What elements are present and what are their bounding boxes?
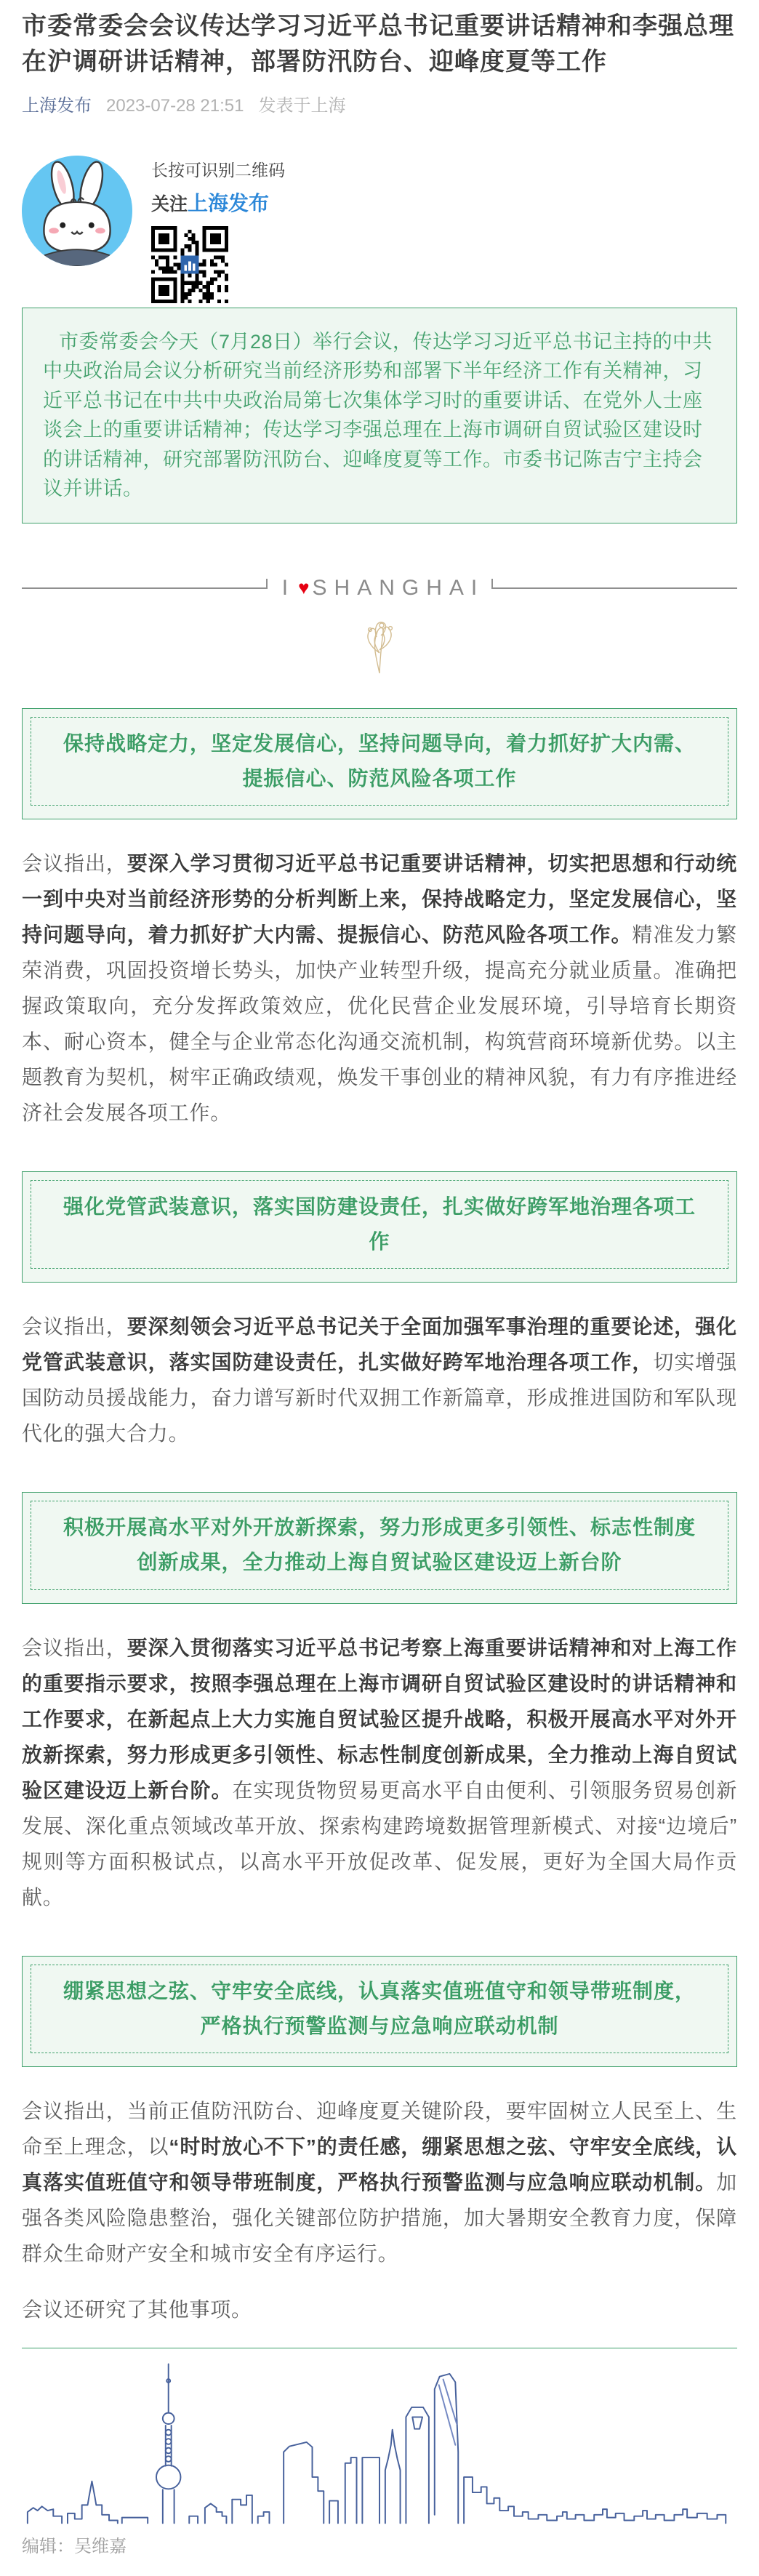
follow-prefix: 关注 (151, 194, 188, 214)
summary-box: 市委常委会今天（7月28日）举行会议，传达学习习近平总书记主持的中共中央政治局会… (22, 308, 737, 523)
article-sections: 保持战略定力，坚定发展信心，坚持问题导向，着力抓好扩大内需、提振信心、防范风险各… (22, 708, 737, 2271)
body-paragraph: 会议指出，要深刻领会习近平总书记关于全面加强军事治理的重要论述，强化党管武装意识… (22, 1309, 737, 1451)
section-heading-text: 保持战略定力，坚定发展信心，坚持问题导向，着力抓好扩大内需、提振信心、防范风险各… (56, 726, 703, 796)
follow-hint-text: 长按可识别二维码 (151, 157, 285, 181)
body-paragraph: 会议指出，当前正值防汛防台、迎峰度夏关键阶段，要牢固树立人民至上、生命至上理念，… (22, 2093, 737, 2271)
i-love-shanghai-divider: I ♥ SHANGHAI (22, 576, 737, 601)
section-heading-inner: 强化党管武装意识，落实国防建设责任，扎实做好跨军地治理各项工作 (31, 1180, 728, 1269)
skyline-drawing (22, 2354, 737, 2529)
divider-word-shanghai: SHANGHAI (313, 576, 485, 601)
section-heading-inner: 绷紧思想之弦、守牢安全底线，认真落实值班值守和领导带班制度，严格执行预警监测与应… (31, 1965, 728, 2053)
byline: 上海发布 2023-07-28 21:51 发表于上海 (22, 91, 737, 116)
section-3: 积极开展高水平对外开放新探索，努力形成更多引领性、标志性制度创新成果，全力推动上… (22, 1492, 737, 1914)
flower-sketch-icon (348, 615, 411, 676)
account-link[interactable]: 上海发布 (22, 91, 92, 116)
section-heading-box: 强化党管武装意识，落实国防建设责任，扎实做好跨军地治理各项工作 (22, 1171, 737, 1283)
publish-date: 2023-07-28 21:51 (106, 96, 244, 116)
summary-text: 市委常委会今天（7月28日）举行会议，传达学习习近平总书记主持的中共中央政治局会… (43, 331, 712, 500)
divider-text: I ♥ SHANGHAI (282, 576, 484, 601)
closing-paragraph: 会议还研究了其他事项。 (22, 2292, 737, 2327)
divider-letter-i: I (282, 576, 295, 601)
article-page: 市委常委会会议传达学习习近平总书记重要讲话精神和李强总理在沪调研讲话精神，部署防… (0, 0, 759, 2576)
body-paragraph: 会议指出，要深入贯彻落实习近平总书记考察上海重要讲话精神和对上海工作的重要指示要… (22, 1630, 737, 1915)
follow-account-card[interactable]: 长按可识别二维码 关注上海发布 (22, 156, 737, 303)
follow-card-text: 长按可识别二维码 关注上海发布 (151, 156, 285, 303)
section-heading-inner: 积极开展高水平对外开放新探索，努力形成更多引领性、标志性制度创新成果，全力推动上… (31, 1501, 728, 1589)
qr-code[interactable] (151, 226, 228, 303)
section-heading-box: 保持战略定力，坚定发展信心，坚持问题导向，着力抓好扩大内需、提振信心、防范风险各… (22, 708, 737, 819)
section-heading-inner: 保持战略定力，坚定发展信心，坚持问题导向，着力抓好扩大内需、提振信心、防范风险各… (31, 717, 728, 806)
heart-icon: ♥ (298, 577, 309, 599)
footer-divider-line (22, 2348, 737, 2348)
follow-action-text: 关注上海发布 (151, 188, 285, 217)
section-heading-text: 强化党管武装意识，落实国防建设责任，扎实做好跨军地治理各项工作 (56, 1189, 703, 1259)
flower-decoration (22, 615, 737, 676)
section-heading-box: 绷紧思想之弦、守牢安全底线，认真落实值班值守和领导带班制度，严格执行预警监测与应… (22, 1956, 737, 2067)
publish-location: 发表于上海 (259, 91, 346, 116)
editor-credit: 编辑：吴维嘉 (22, 2532, 737, 2557)
shanghai-skyline-illustration (22, 2354, 737, 2529)
section-heading-text: 绷紧思想之弦、守牢安全底线，认真落实值班值守和领导带班制度，严格执行预警监测与应… (56, 1974, 703, 2044)
section-4: 绷紧思想之弦、守牢安全底线，认真落实值班值守和领导带班制度，严格执行预警监测与应… (22, 1956, 737, 2271)
divider-line-right (491, 587, 737, 589)
divider-line-left (22, 587, 268, 589)
section-1: 保持战略定力，坚定发展信心，坚持问题导向，着力抓好扩大内需、提振信心、防范风险各… (22, 708, 737, 1131)
rabbit-mascot-avatar (22, 156, 132, 266)
section-heading-text: 积极开展高水平对外开放新探索，努力形成更多引领性、标志性制度创新成果，全力推动上… (56, 1510, 703, 1580)
rabbit-avatar-icon (22, 156, 132, 266)
body-paragraph: 会议指出，要深入学习贯彻习近平总书记重要讲话精神，切实把思想和行动统一到中央对当… (22, 846, 737, 1131)
follow-account-name: 上海发布 (188, 192, 269, 214)
article-title: 市委常委会会议传达学习习近平总书记重要讲话精神和李强总理在沪调研讲话精神，部署防… (22, 9, 737, 81)
section-2: 强化党管武装意识，落实国防建设责任，扎实做好跨军地治理各项工作会议指出，要深刻领… (22, 1171, 737, 1451)
section-heading-box: 积极开展高水平对外开放新探索，努力形成更多引领性、标志性制度创新成果，全力推动上… (22, 1492, 737, 1603)
